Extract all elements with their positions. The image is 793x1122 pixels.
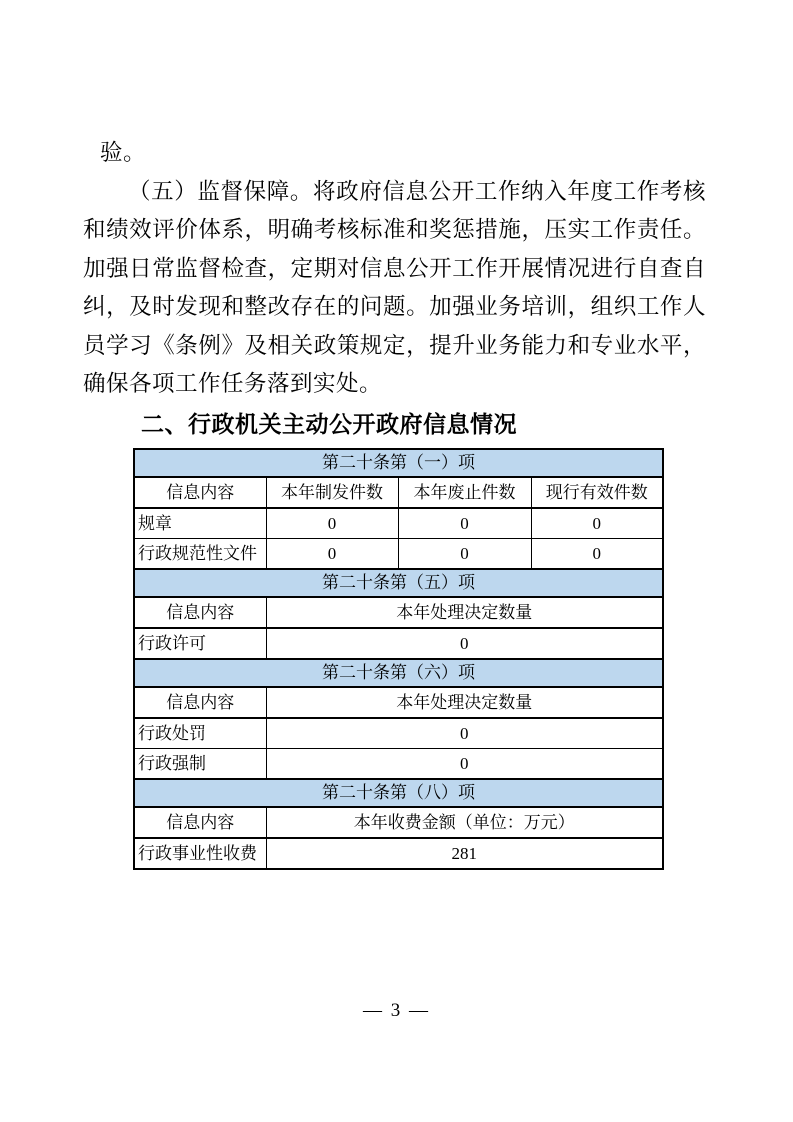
table-column-header: 信息内容	[134, 687, 266, 718]
table-cell-value: 0	[266, 508, 398, 539]
table-section-row: 第二十条第（六）项	[134, 659, 663, 687]
table-cell-value: 0	[531, 508, 663, 539]
table-section-title: 第二十条第（五）项	[134, 569, 663, 597]
table-row: 规章 0 0 0	[134, 508, 663, 539]
table-column-header: 本年处理决定数量	[266, 597, 663, 628]
table-header-row: 信息内容 本年处理决定数量	[134, 687, 663, 718]
table-row-label: 行政处罚	[134, 718, 266, 749]
table-column-header: 信息内容	[134, 477, 266, 508]
table-column-header: 信息内容	[134, 597, 266, 628]
paragraph-supervision: （五）监督保障。将政府信息公开工作纳入年度工作考核和绩效评价体系，明确考核标准和…	[83, 173, 706, 404]
table-cell-value: 0	[266, 628, 663, 659]
table-row: 行政许可 0	[134, 628, 663, 659]
table-column-header: 本年废止件数	[398, 477, 531, 508]
table-column-header: 本年收费金额（单位：万元）	[266, 807, 663, 838]
table-row-label: 行政强制	[134, 748, 266, 779]
body-text: 验。 （五）监督保障。将政府信息公开工作纳入年度工作考核和绩效评价体系，明确考核…	[83, 134, 706, 870]
table-cell-value: 0	[398, 508, 531, 539]
table-section-title: 第二十条第（一）项	[134, 449, 663, 477]
table-header-row: 信息内容 本年处理决定数量	[134, 597, 663, 628]
table-cell-value: 0	[266, 748, 663, 779]
table-cell-value: 0	[266, 538, 398, 569]
table-section-row: 第二十条第（八）项	[134, 779, 663, 807]
info-disclosure-table: 第二十条第（一）项 信息内容 本年制发件数 本年废止件数 现行有效件数 规章 0…	[133, 448, 664, 870]
table-row: 行政处罚 0	[134, 718, 663, 749]
document-page: 验。 （五）监督保障。将政府信息公开工作纳入年度工作考核和绩效评价体系，明确考核…	[0, 0, 793, 1122]
table-section-row: 第二十条第（五）项	[134, 569, 663, 597]
table-section-row: 第二十条第（一）项	[134, 449, 663, 477]
table-header-row: 信息内容 本年收费金额（单位：万元）	[134, 807, 663, 838]
table-section-title: 第二十条第（八）项	[134, 779, 663, 807]
table-column-header: 本年制发件数	[266, 477, 398, 508]
table-section-title: 第二十条第（六）项	[134, 659, 663, 687]
table-row-label: 行政规范性文件	[134, 538, 266, 569]
table-cell-value: 0	[398, 538, 531, 569]
section-heading: 二、行政机关主动公开政府信息情况	[141, 409, 706, 440]
paragraph-tail: 验。	[83, 134, 706, 173]
table-column-header: 本年处理决定数量	[266, 687, 663, 718]
table-row: 行政事业性收费 281	[134, 838, 663, 869]
table-cell-value: 0	[531, 538, 663, 569]
table-cell-value: 281	[266, 838, 663, 869]
table-row-label: 行政事业性收费	[134, 838, 266, 869]
table-row: 行政规范性文件 0 0 0	[134, 538, 663, 569]
table-row-label: 规章	[134, 508, 266, 539]
table-column-header: 现行有效件数	[531, 477, 663, 508]
table-cell-value: 0	[266, 718, 663, 749]
table-header-row: 信息内容 本年制发件数 本年废止件数 现行有效件数	[134, 477, 663, 508]
page-number: — 3 —	[0, 1000, 793, 1022]
table-row-label: 行政许可	[134, 628, 266, 659]
table-column-header: 信息内容	[134, 807, 266, 838]
table-row: 行政强制 0	[134, 748, 663, 779]
